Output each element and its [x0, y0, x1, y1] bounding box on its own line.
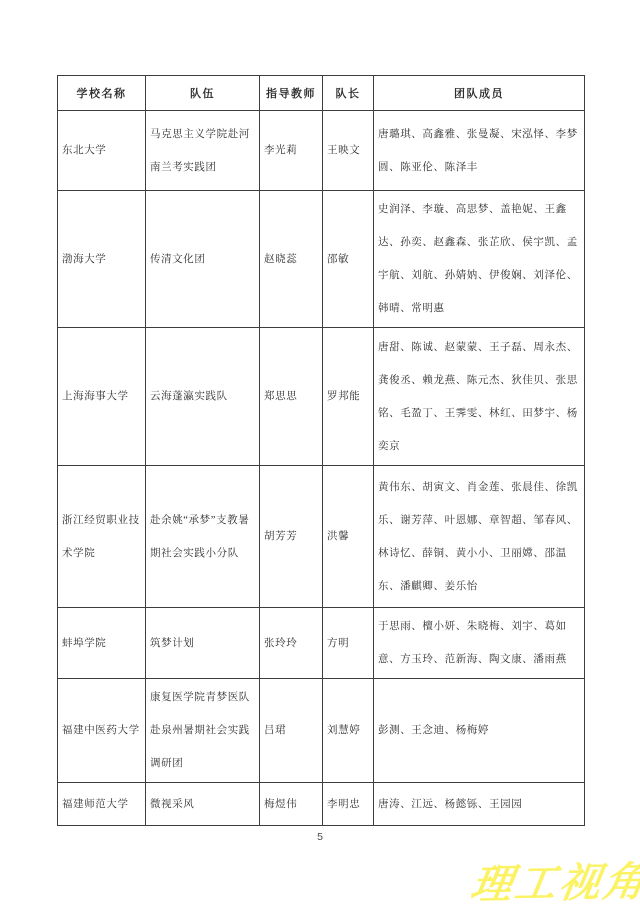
cell-leader: 罗邦能 — [323, 328, 374, 466]
cell-school: 渤海大学 — [58, 191, 146, 328]
cell-teacher: 吕珺 — [260, 679, 323, 783]
table-row: 上海海事大学 云海蓬瀛实践队 郑思思 罗邦能 唐甜、陈诚、赵蒙蒙、王子磊、周永杰… — [58, 328, 585, 466]
header-team: 队伍 — [146, 76, 260, 111]
header-school: 学校名称 — [58, 76, 146, 111]
cell-leader: 王映文 — [323, 111, 374, 191]
cell-school: 福建师范大学 — [58, 783, 146, 826]
cell-team: 传清文化团 — [146, 191, 260, 328]
cell-members: 彭测、王念迪、杨梅婷 — [374, 679, 585, 783]
cell-school: 上海海事大学 — [58, 328, 146, 466]
cell-leader: 邵敏 — [323, 191, 374, 328]
table-row: 渤海大学 传清文化团 赵晓蕊 邵敏 史润泽、李璇、高思梦、盖艳妮、王鑫达、孙奕、… — [58, 191, 585, 328]
cell-teacher: 李光莉 — [260, 111, 323, 191]
cell-members: 唐璐琪、高鑫雅、张曼凝、宋泓怿、李梦圆、陈亚伦、陈泽丰 — [374, 111, 585, 191]
cell-members: 史润泽、李璇、高思梦、盖艳妮、王鑫达、孙奕、赵鑫森、张芷欣、侯宇凯、孟宇航、刘航… — [374, 191, 585, 328]
table-row: 东北大学 马克思主义学院赴河南兰考实践团 李光莉 王映文 唐璐琪、高鑫雅、张曼凝… — [58, 111, 585, 191]
cell-school: 蚌埠学院 — [58, 608, 146, 679]
cell-team: 云海蓬瀛实践队 — [146, 328, 260, 466]
document-page: { "page": { "number": "5" }, "watermark"… — [0, 0, 640, 905]
cell-teacher: 郑思思 — [260, 328, 323, 466]
table-row: 福建中医药大学 康复医学院青梦医队赴泉州暑期社会实践调研团 吕珺 刘慧婷 彭测、… — [58, 679, 585, 783]
cell-team: 马克思主义学院赴河南兰考实践团 — [146, 111, 260, 191]
cell-members: 于思雨、檀小妍、朱晓梅、刘宇、葛如意、方玉玲、范新海、陶文康、潘雨燕 — [374, 608, 585, 679]
teams-table: 学校名称 队伍 指导教师 队长 团队成员 东北大学 马克思主义学院赴河南兰考实践… — [57, 75, 585, 826]
cell-members: 唐涛、江远、杨懿铄、王园园 — [374, 783, 585, 826]
cell-team: 康复医学院青梦医队赴泉州暑期社会实践调研团 — [146, 679, 260, 783]
cell-teacher: 梅煜伟 — [260, 783, 323, 826]
table-row: 蚌埠学院 筑梦计划 张玲玲 方明 于思雨、檀小妍、朱晓梅、刘宇、葛如意、方玉玲、… — [58, 608, 585, 679]
table-row: 浙江经贸职业技术学院 赴余姚“承梦”支教暑期社会实践小分队 胡芳芳 洪馨 黄伟东… — [58, 466, 585, 608]
header-teacher: 指导教师 — [260, 76, 323, 111]
watermark-logo: 理工视角 — [467, 848, 640, 905]
cell-members: 唐甜、陈诚、赵蒙蒙、王子磊、周永杰、龚俊丞、赖龙燕、陈元杰、狄佳贝、张思铭、毛盈… — [374, 328, 585, 466]
cell-leader: 李明忠 — [323, 783, 374, 826]
cell-leader: 方明 — [323, 608, 374, 679]
cell-school: 东北大学 — [58, 111, 146, 191]
table-header-row: 学校名称 队伍 指导教师 队长 团队成员 — [58, 76, 585, 111]
header-members: 团队成员 — [374, 76, 585, 111]
cell-school: 福建中医药大学 — [58, 679, 146, 783]
cell-team: 赴余姚“承梦”支教暑期社会实践小分队 — [146, 466, 260, 608]
page-number: 5 — [0, 831, 640, 843]
cell-leader: 刘慧婷 — [323, 679, 374, 783]
cell-team: 微视采风 — [146, 783, 260, 826]
cell-school: 浙江经贸职业技术学院 — [58, 466, 146, 608]
cell-members: 黄伟东、胡寅文、肖金莲、张晨佳、徐凯乐、谢芳萍、叶恩娜、章智超、邹春风、林诗忆、… — [374, 466, 585, 608]
cell-leader: 洪馨 — [323, 466, 374, 608]
cell-teacher: 赵晓蕊 — [260, 191, 323, 328]
cell-team: 筑梦计划 — [146, 608, 260, 679]
header-leader: 队长 — [323, 76, 374, 111]
cell-teacher: 胡芳芳 — [260, 466, 323, 608]
cell-teacher: 张玲玲 — [260, 608, 323, 679]
table-row: 福建师范大学 微视采风 梅煜伟 李明忠 唐涛、江远、杨懿铄、王园园 — [58, 783, 585, 826]
